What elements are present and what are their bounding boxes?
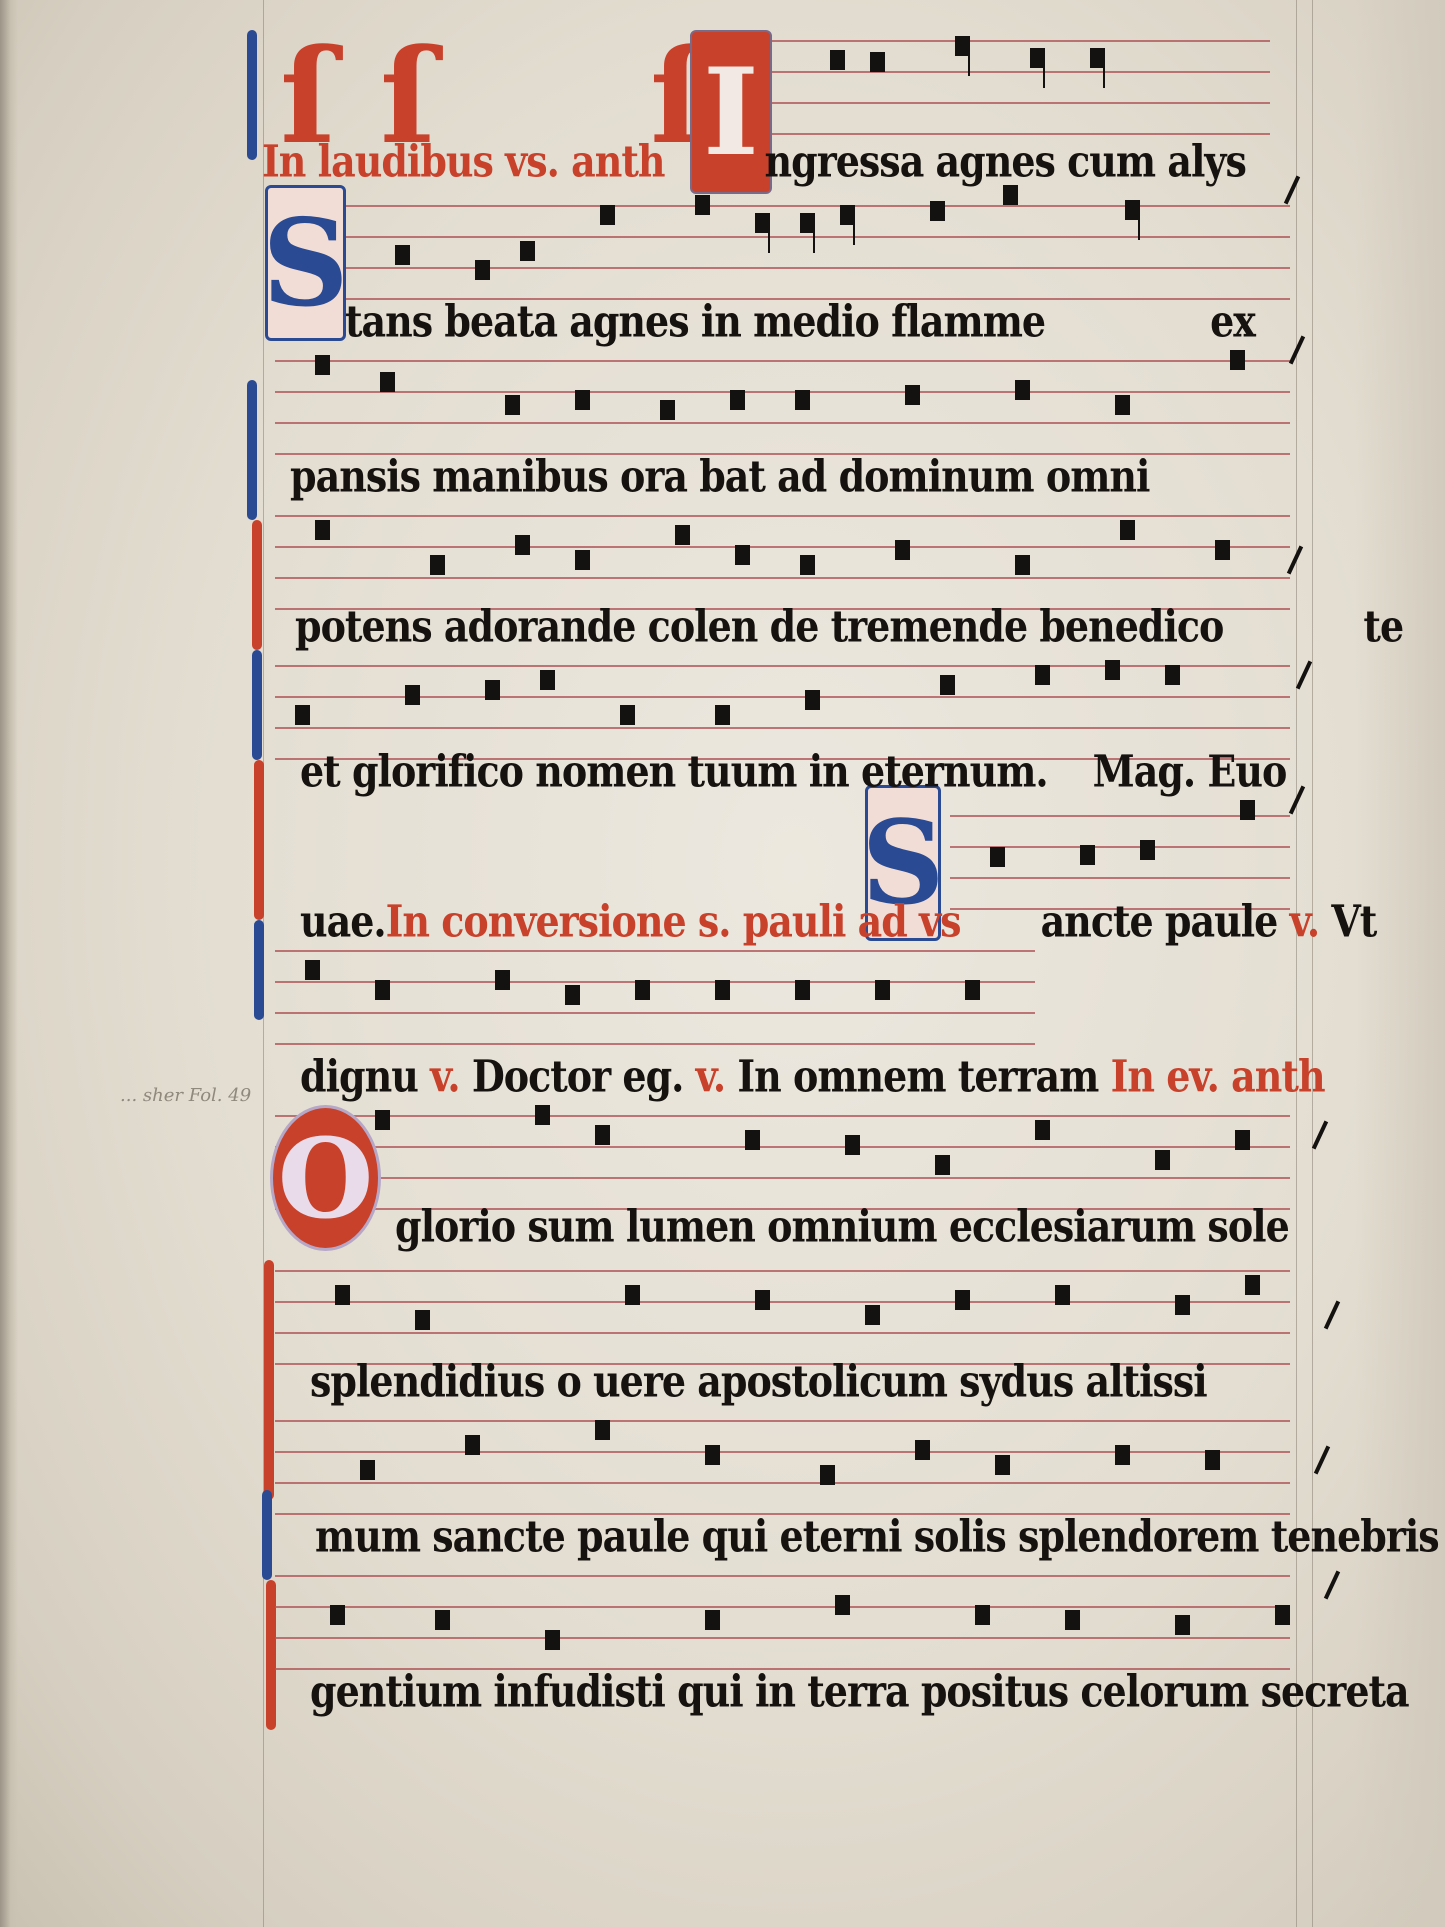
lyric: dignu [300, 1050, 418, 1102]
text-line-2: tans beata agnes in medio flammeex [345, 295, 1255, 347]
lyric: uae. [300, 895, 386, 947]
text-line-9: splendidius o uere apostolicum sydus alt… [310, 1355, 1207, 1407]
text-line-11: gentium infudisti qui in terra positus c… [310, 1665, 1409, 1717]
lyric: ancte paule [1041, 895, 1278, 947]
staff-11 [275, 1575, 1290, 1668]
staff-8 [275, 1115, 1290, 1208]
rubric: v. [1290, 895, 1320, 947]
line-tail: ex [1210, 295, 1255, 347]
text-line-4: potens adorande colen de tremende benedi… [295, 600, 1403, 652]
custos-mark [1324, 1571, 1340, 1600]
page-edge-right [1355, 0, 1445, 1927]
staff-3 [275, 360, 1290, 453]
custos-mark [1284, 176, 1300, 205]
staff-2 [275, 205, 1290, 298]
custos-mark [1312, 1121, 1328, 1150]
rubric: In ev. anth [1111, 1050, 1325, 1102]
custos-mark [1296, 661, 1312, 690]
custos-mark [1324, 1301, 1340, 1330]
line-tail: te [1363, 600, 1403, 652]
staff-1 [770, 40, 1270, 133]
border-bar-red [264, 1260, 274, 1500]
border-bar-red [252, 520, 262, 650]
staff-4 [275, 515, 1290, 608]
border-bar-blue [252, 650, 262, 760]
right-ruling-line [1296, 0, 1297, 1927]
text-line-1: In laudibus vs. anthngressa agnes cum al… [262, 135, 1246, 187]
lyric: In omnem terram [737, 1050, 1098, 1102]
rubric: v. [696, 1050, 726, 1102]
border-bar-blue [262, 1490, 272, 1580]
text-line-6: uae.In conversione s. pauli ad vsancte p… [300, 895, 1376, 947]
rubric: v. [430, 1050, 460, 1102]
text-line-3: pansis manibus ora bat ad dominum omni [290, 450, 1149, 502]
initial-O: O [270, 1105, 381, 1251]
lyric: tans beata agnes in medio flamme [345, 295, 1045, 347]
lyric: ngressa agnes cum alys [765, 135, 1246, 187]
custos-mark [1289, 786, 1305, 815]
text-line-7: dignu v. Doctor eg. v. In omnem terram I… [300, 1050, 1325, 1102]
custos-mark [1314, 1446, 1330, 1475]
lyric: et glorifico nomen tuum in eternum. [300, 745, 1048, 797]
page-edge-left [0, 0, 18, 1927]
border-bar-blue [247, 30, 257, 160]
text-line-5: et glorifico nomen tuum in eternum.Mag. … [300, 745, 1286, 797]
staff-9 [275, 1270, 1290, 1363]
staff-7 [275, 950, 1035, 1043]
lyric: Doctor eg. [472, 1050, 684, 1102]
custos-mark [1289, 336, 1305, 365]
rubric: In laudibus vs. anth [262, 135, 665, 187]
rubric: In conversione s. pauli ad vs [386, 895, 961, 947]
text-line-10: mum sancte paule qui eterni solis splend… [315, 1510, 1439, 1562]
staff-10 [275, 1420, 1290, 1513]
border-bar-blue [254, 920, 264, 1020]
margin-note: ... sher Fol. 49 [120, 1085, 251, 1106]
border-bar-blue [247, 380, 257, 520]
lyric: potens adorande colen de tremende benedi… [295, 600, 1223, 652]
initial-S: S [265, 185, 346, 341]
line-tail: Mag. Euo [1093, 745, 1287, 797]
line-tail: Vt [1331, 895, 1376, 947]
border-bar-red [254, 760, 264, 920]
right-ruling-line-2 [1312, 0, 1313, 1927]
text-line-8: glorio sum lumen omnium ecclesiarum sole [395, 1200, 1289, 1252]
